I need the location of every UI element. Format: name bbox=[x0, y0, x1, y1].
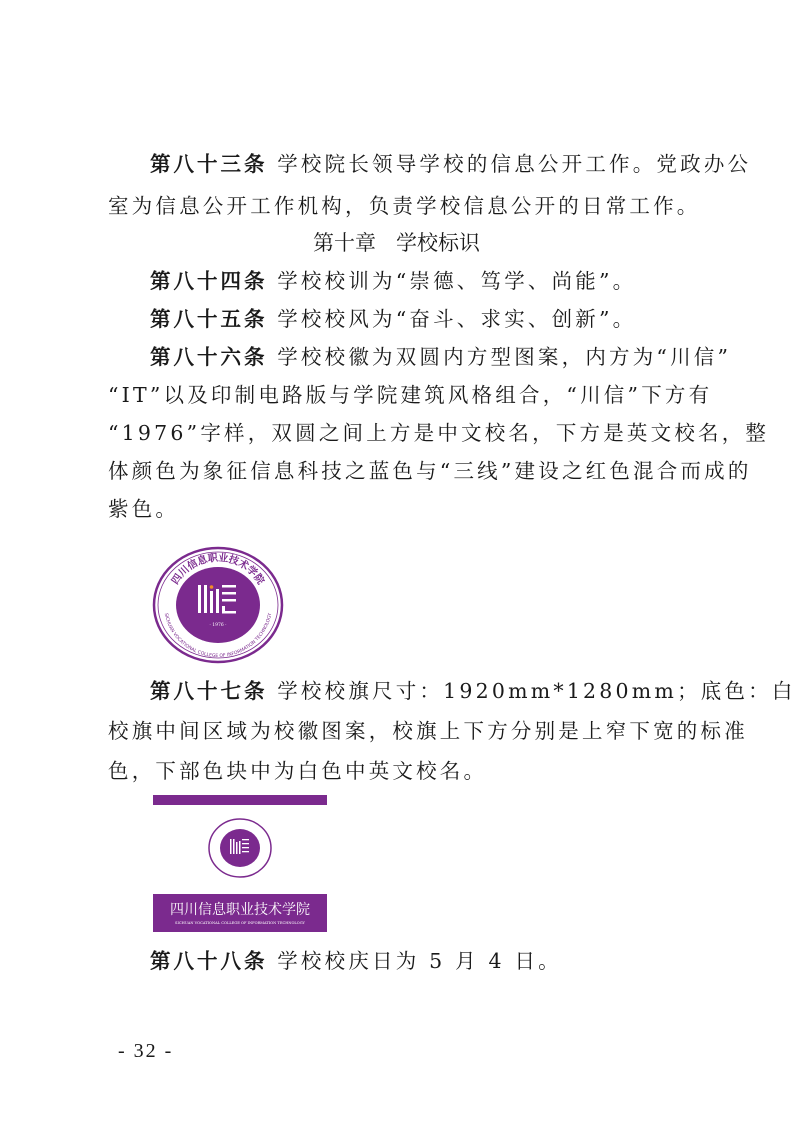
article-text: 紫色。 bbox=[108, 495, 698, 523]
chapter-heading: 第十章学校标识 bbox=[0, 229, 793, 257]
article-text: 学校校庆日为 5 月 4 日。 bbox=[277, 949, 562, 973]
article-label: 第八十八条 bbox=[150, 949, 268, 973]
article-label: 第八十六条 bbox=[150, 345, 268, 369]
article-label: 第八十五条 bbox=[150, 307, 268, 331]
emblem-icon: 四川信息职业技术学院 SICHUAN VOCATIONAL COLLEGE OF… bbox=[150, 545, 285, 665]
article-85: 第八十五条 学校校风为“奋斗、求实、创新”。 bbox=[150, 305, 740, 333]
article-text: 体颜色为象征信息科技之蓝色与“三线”建设之红色混合而成的 bbox=[108, 457, 698, 485]
article-label: 第八十三条 bbox=[150, 152, 268, 176]
page-number: - 32 - bbox=[118, 1040, 173, 1063]
article-text: 学校校训为“崇德、笃学、尚能”。 bbox=[277, 269, 636, 293]
article-label: 第八十七条 bbox=[150, 679, 268, 703]
school-emblem: 四川信息职业技术学院 SICHUAN VOCATIONAL COLLEGE OF… bbox=[150, 545, 285, 665]
article-text: 室为信息公开工作机构，负责学校信息公开的日常工作。 bbox=[108, 192, 698, 220]
article-88: 第八十八条 学校校庆日为 5 月 4 日。 bbox=[150, 947, 740, 975]
article-text: “1976”字样，双圆之间上方是中文校名，下方是英文校名，整 bbox=[108, 419, 698, 447]
article-text: 学校院长领导学校的信息公开工作。党政办公 bbox=[277, 152, 751, 176]
article-text: 学校校风为“奋斗、求实、创新”。 bbox=[277, 307, 636, 331]
chapter-number: 第十章 bbox=[313, 231, 376, 255]
svg-text:四川信息职业技术学院: 四川信息职业技术学院 bbox=[170, 901, 310, 918]
svg-text:SICHUAN VOCATIONAL COLLEGE OF: SICHUAN VOCATIONAL COLLEGE OF INFORMATIO… bbox=[175, 921, 306, 925]
article-text: 学校校旗尺寸：1920mm*1280mm；底色：白色； bbox=[277, 679, 793, 703]
article-text: 学校校徽为双圆内方型图案，内方为“川信” bbox=[277, 345, 731, 369]
article-text: 校旗中间区域为校徽图案，校旗上下方分别是上窄下宽的标准 bbox=[108, 717, 698, 745]
article-text: “IT”以及印制电路版与学院建筑风格组合，“川信”下方有 bbox=[108, 381, 698, 409]
article-84: 第八十四条 学校校训为“崇德、笃学、尚能”。 bbox=[150, 267, 740, 295]
article-label: 第八十四条 bbox=[150, 269, 268, 293]
school-flag: 四川信息职业技术学院 SICHUAN VOCATIONAL COLLEGE OF… bbox=[153, 793, 327, 934]
flag-icon: 四川信息职业技术学院 SICHUAN VOCATIONAL COLLEGE OF… bbox=[153, 793, 327, 934]
svg-text:· 1976 ·: · 1976 · bbox=[209, 622, 226, 628]
article-text: 色，下部色块中为白色中英文校名。 bbox=[108, 757, 698, 785]
chapter-title: 学校标识 bbox=[396, 231, 480, 255]
